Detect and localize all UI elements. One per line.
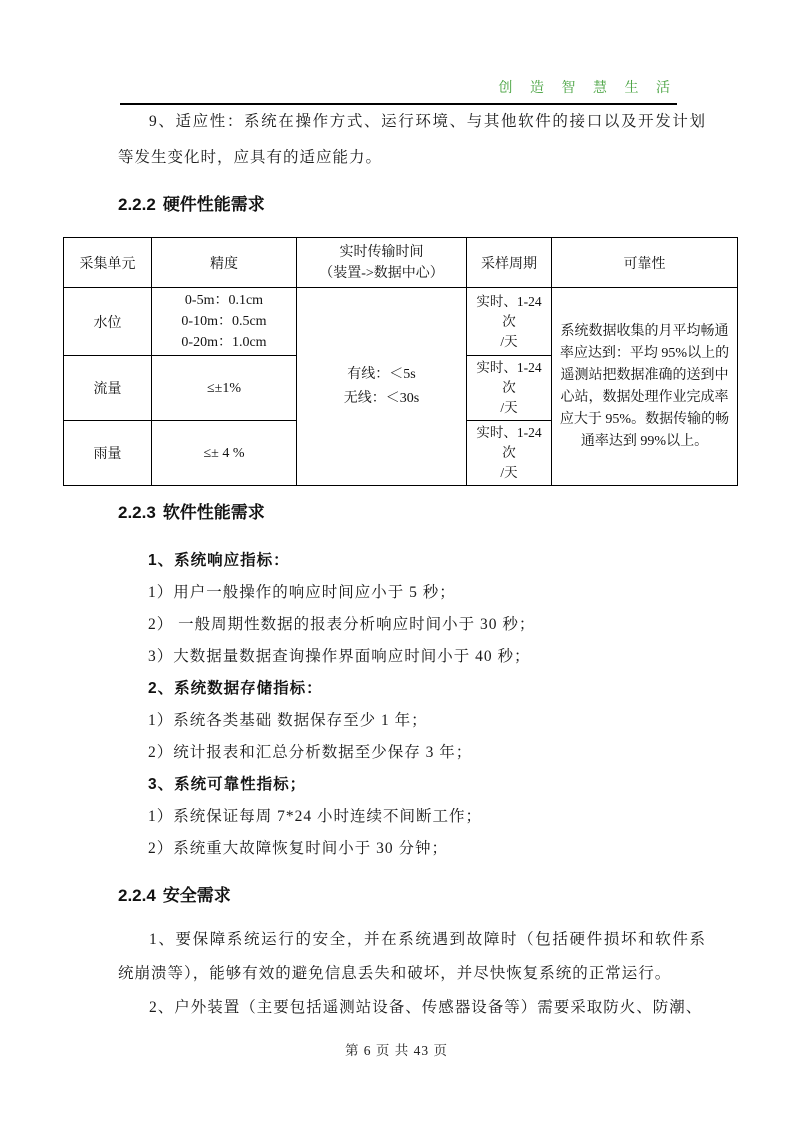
- precision-cell: ≤±1%: [152, 356, 297, 421]
- paragraph-line: 统崩溃等），能够有效的避免信息丢失和破坏，并尽快恢复系统的正常运行。: [118, 957, 706, 991]
- list-item: 1）系统各类基础 数据保存至少 1 年；: [148, 705, 708, 737]
- reliability-cell: 系统数据收集的月平均畅通率应达到：平均 95%以上的遥测站把数据准确的送到中心站…: [552, 288, 738, 486]
- page-header: 创 造 智 慧 生 活: [120, 80, 677, 105]
- security-paragraphs: 1、要保障系统运行的安全，并在系统遇到故障时（包括硬件损坏和软件系 统崩溃等），…: [118, 923, 706, 1025]
- section-heading-hardware: 2.2.2硬件性能需求: [118, 195, 265, 215]
- section-title: 软件性能需求: [163, 503, 265, 522]
- list-item: 2） 一般周期性数据的报表分析响应时间小于 30 秒；: [148, 609, 708, 641]
- page-number-footer: 第 6 页 共 43 页: [0, 1039, 793, 1059]
- precision-line: 0-5m：0.1cm: [155, 290, 293, 311]
- transmission-wired: 有线：＜5s: [300, 363, 463, 387]
- list-item: 2）系统重大故障恢复时间小于 30 分钟；: [148, 833, 708, 865]
- unit-cell: 水位: [64, 288, 152, 356]
- section-heading-software: 2.2.3软件性能需求: [118, 503, 265, 523]
- document-page: 创 造 智 慧 生 活 9、适应性：系统在操作方式、运行环境、与其他软件的接口以…: [0, 0, 793, 1122]
- sampling-cell: 实时、1-24 次 /天: [467, 421, 552, 486]
- section-number: 2.2.2: [118, 195, 156, 214]
- sampling-line: 实时、1-24 次: [470, 358, 548, 398]
- sampling-line: /天: [470, 463, 548, 483]
- section-heading-security: 2.2.4安全需求: [118, 886, 231, 906]
- header-cell-sampling: 采样周期: [467, 238, 552, 288]
- section-title: 硬件性能需求: [163, 195, 265, 214]
- paragraph-line: 9、适应性：系统在操作方式、运行环境、与其他软件的接口以及开发计划: [118, 104, 706, 140]
- sampling-line: /天: [470, 332, 548, 352]
- sampling-line: /天: [470, 398, 548, 418]
- header-cell-unit: 采集单元: [64, 238, 152, 288]
- header-cell-transmission: 实时传输时间 （装置->数据中心）: [297, 238, 467, 288]
- sampling-cell: 实时、1-24 次 /天: [467, 288, 552, 356]
- brand-slogan: 创 造 智 慧 生 活: [499, 81, 678, 96]
- transmission-wireless: 无线：＜30s: [300, 387, 463, 411]
- paragraph-line: 2、户外装置（主要包括遥测站设备、传感器设备等）需要采取防火、防潮、: [118, 991, 706, 1025]
- precision-line: 0-20m：1.0cm: [155, 332, 293, 353]
- hardware-performance-table: 采集单元 精度 实时传输时间 （装置->数据中心） 采样周期 可靠性 水位 0-…: [63, 237, 738, 486]
- section-number: 2.2.4: [118, 886, 156, 905]
- precision-line: ≤± 4 %: [155, 443, 293, 464]
- list-item: 2）统计报表和汇总分析数据至少保存 3 年；: [148, 737, 708, 769]
- section-number: 2.2.3: [118, 503, 156, 522]
- table-row-water-level: 水位 0-5m：0.1cm 0-10m：0.5cm 0-20m：1.0cm 有线…: [64, 288, 738, 356]
- list-item: 1）系统保证每周 7*24 小时连续不间断工作；: [148, 801, 708, 833]
- header-cell-reliability: 可靠性: [552, 238, 738, 288]
- paragraph-line: 等发生变化时，应具有的适应能力。: [118, 140, 706, 176]
- precision-line: ≤±1%: [155, 378, 293, 399]
- list-subheading: 2、系统数据存储指标：: [148, 673, 708, 705]
- list-item: 1）用户一般操作的响应时间应小于 5 秒；: [148, 577, 708, 609]
- adaptability-paragraph: 9、适应性：系统在操作方式、运行环境、与其他软件的接口以及开发计划 等发生变化时…: [118, 104, 706, 176]
- sampling-line: 实时、1-24 次: [470, 292, 548, 332]
- list-subheading: 3、系统可靠性指标；: [148, 769, 708, 801]
- paragraph-line: 1、要保障系统运行的安全，并在系统遇到故障时（包括硬件损坏和软件系: [118, 923, 706, 957]
- section-title: 安全需求: [163, 886, 231, 905]
- software-performance-list: 1、系统响应指标： 1）用户一般操作的响应时间应小于 5 秒； 2） 一般周期性…: [148, 545, 708, 865]
- header-cell-precision: 精度: [152, 238, 297, 288]
- table-header-row: 采集单元 精度 实时传输时间 （装置->数据中心） 采样周期 可靠性: [64, 238, 738, 288]
- transmission-cell: 有线：＜5s 无线：＜30s: [297, 288, 467, 486]
- header-line: 实时传输时间: [300, 242, 463, 263]
- sampling-cell: 实时、1-24 次 /天: [467, 356, 552, 421]
- unit-cell: 雨量: [64, 421, 152, 486]
- unit-cell: 流量: [64, 356, 152, 421]
- sampling-line: 实时、1-24 次: [470, 423, 548, 463]
- header-line: （装置->数据中心）: [300, 263, 463, 284]
- list-item: 3）大数据量数据查询操作界面响应时间小于 40 秒；: [148, 641, 708, 673]
- precision-cell: ≤± 4 %: [152, 421, 297, 486]
- list-subheading: 1、系统响应指标：: [148, 545, 708, 577]
- precision-cell: 0-5m：0.1cm 0-10m：0.5cm 0-20m：1.0cm: [152, 288, 297, 356]
- precision-line: 0-10m：0.5cm: [155, 311, 293, 332]
